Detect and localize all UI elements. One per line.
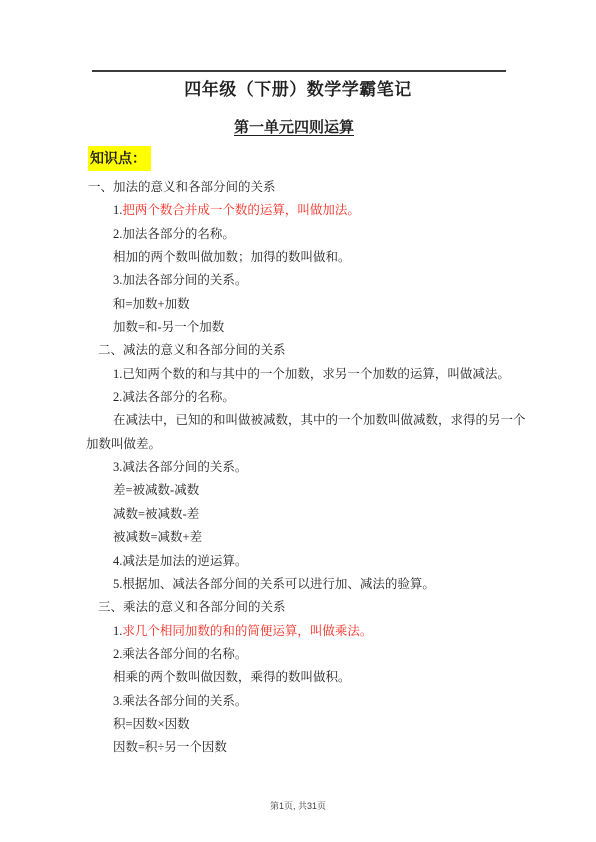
emphasis-red-text: 把两个数合并成一个数的运算，叫做加法。: [122, 203, 360, 217]
content-line: 在减法中，已知的和叫做被减数，其中的一个加数叫做减数，求得的另一个: [86, 409, 556, 432]
body-text: 3.加法各部分间的关系。: [113, 273, 247, 287]
content-line: 3.加法各部分间的关系。: [86, 269, 556, 292]
body-text: 5.根据加、减法各部分间的关系可以进行加、减法的验算。: [113, 577, 435, 591]
content-line: 加数=和-另一个加数: [86, 316, 556, 339]
content-line: 积=因数×因数: [86, 713, 556, 736]
body-text: 2.减法各部分的名称。: [113, 390, 235, 404]
body-text: 在减法中，已知的和叫做被减数，其中的一个加数叫做减数，求得的另一个: [113, 413, 526, 427]
content-line: 被减数=减数+差: [86, 526, 556, 549]
body-text: 3.乘法各部分间的关系。: [113, 694, 247, 708]
content-line: 1.已知两个数的和与其中的一个加数，求另一个加数的运算，叫做减法。: [86, 363, 556, 386]
content-line: 差=被减数-减数: [86, 479, 556, 502]
content-line: 相乘的两个数叫做因数，乘得的数叫做积。: [86, 666, 556, 689]
body-text: 二、减法的意义和各部分间的关系: [98, 343, 286, 357]
body-text: 加数叫做差。: [86, 437, 161, 451]
content-line: 三、乘法的意义和各部分间的关系: [86, 596, 556, 619]
body-text: 和=加数+加数: [113, 297, 190, 311]
content-line: 一、加法的意义和各部分间的关系: [86, 176, 556, 199]
body-text: 2.乘法各部分间的名称。: [113, 647, 247, 661]
body-text: 相乘的两个数叫做因数，乘得的数叫做积。: [113, 670, 351, 684]
content-line: 和=加数+加数: [86, 293, 556, 316]
header-divider: [92, 70, 506, 72]
body-text: 2.加法各部分的名称。: [113, 227, 235, 241]
content-line: 二、减法的意义和各部分间的关系: [86, 339, 556, 362]
content-line: 加数叫做差。: [86, 433, 556, 456]
content-line: 3.减法各部分间的关系。: [86, 456, 556, 479]
section-heading: 第一单元四则运算: [0, 116, 596, 137]
content-line: 2.加法各部分的名称。: [86, 223, 556, 246]
body-text: 4.减法是加法的逆运算。: [113, 554, 247, 568]
content-line: 1.把两个数合并成一个数的运算，叫做加法。: [86, 199, 556, 222]
body-text: 3.减法各部分间的关系。: [113, 460, 247, 474]
document-title: 四年级（下册）数学学霸笔记: [0, 75, 596, 100]
body-text: 差=被减数-减数: [113, 483, 199, 497]
body-text: 加数=和-另一个加数: [113, 320, 224, 334]
content-line: 5.根据加、减法各部分间的关系可以进行加、减法的验算。: [86, 573, 556, 596]
body-text: 相加的两个数叫做加数；加得的数叫做和。: [113, 250, 351, 264]
body-text: 1.: [113, 624, 122, 638]
knowledge-points-label: 知识点：: [88, 146, 151, 171]
notes-content: 一、加法的意义和各部分间的关系1.把两个数合并成一个数的运算，叫做加法。2.加法…: [86, 176, 556, 760]
body-text: 被减数=减数+差: [113, 530, 202, 544]
content-line: 减数=被减数-差: [86, 503, 556, 526]
section-heading-text: 第一单元四则运算: [234, 120, 362, 136]
body-text: 1.已知两个数的和与其中的一个加数，求另一个加数的运算，叫做减法。: [113, 367, 510, 381]
content-line: 3.乘法各部分间的关系。: [86, 690, 556, 713]
body-text: 三、乘法的意义和各部分间的关系: [98, 600, 286, 614]
content-line: 2.减法各部分的名称。: [86, 386, 556, 409]
content-line: 相加的两个数叫做加数；加得的数叫做和。: [86, 246, 556, 269]
body-text: 一、加法的意义和各部分间的关系: [88, 180, 276, 194]
page-number-footer: 第1页, 共31页: [0, 799, 596, 812]
body-text: 减数=被减数-差: [113, 507, 199, 521]
emphasis-red-text: 求几个相同加数的和的简便运算，叫做乘法。: [122, 624, 372, 638]
body-text: 1.: [113, 203, 122, 217]
body-text: 因数=积÷另一个因数: [113, 740, 227, 754]
document-page: 四年级（下册）数学学霸笔记 第一单元四则运算 知识点： 一、加法的意义和各部分间…: [0, 0, 596, 842]
content-line: 4.减法是加法的逆运算。: [86, 550, 556, 573]
body-text: 积=因数×因数: [113, 717, 190, 731]
content-line: 2.乘法各部分间的名称。: [86, 643, 556, 666]
content-line: 因数=积÷另一个因数: [86, 736, 556, 759]
content-line: 1.求几个相同加数的和的简便运算，叫做乘法。: [86, 620, 556, 643]
